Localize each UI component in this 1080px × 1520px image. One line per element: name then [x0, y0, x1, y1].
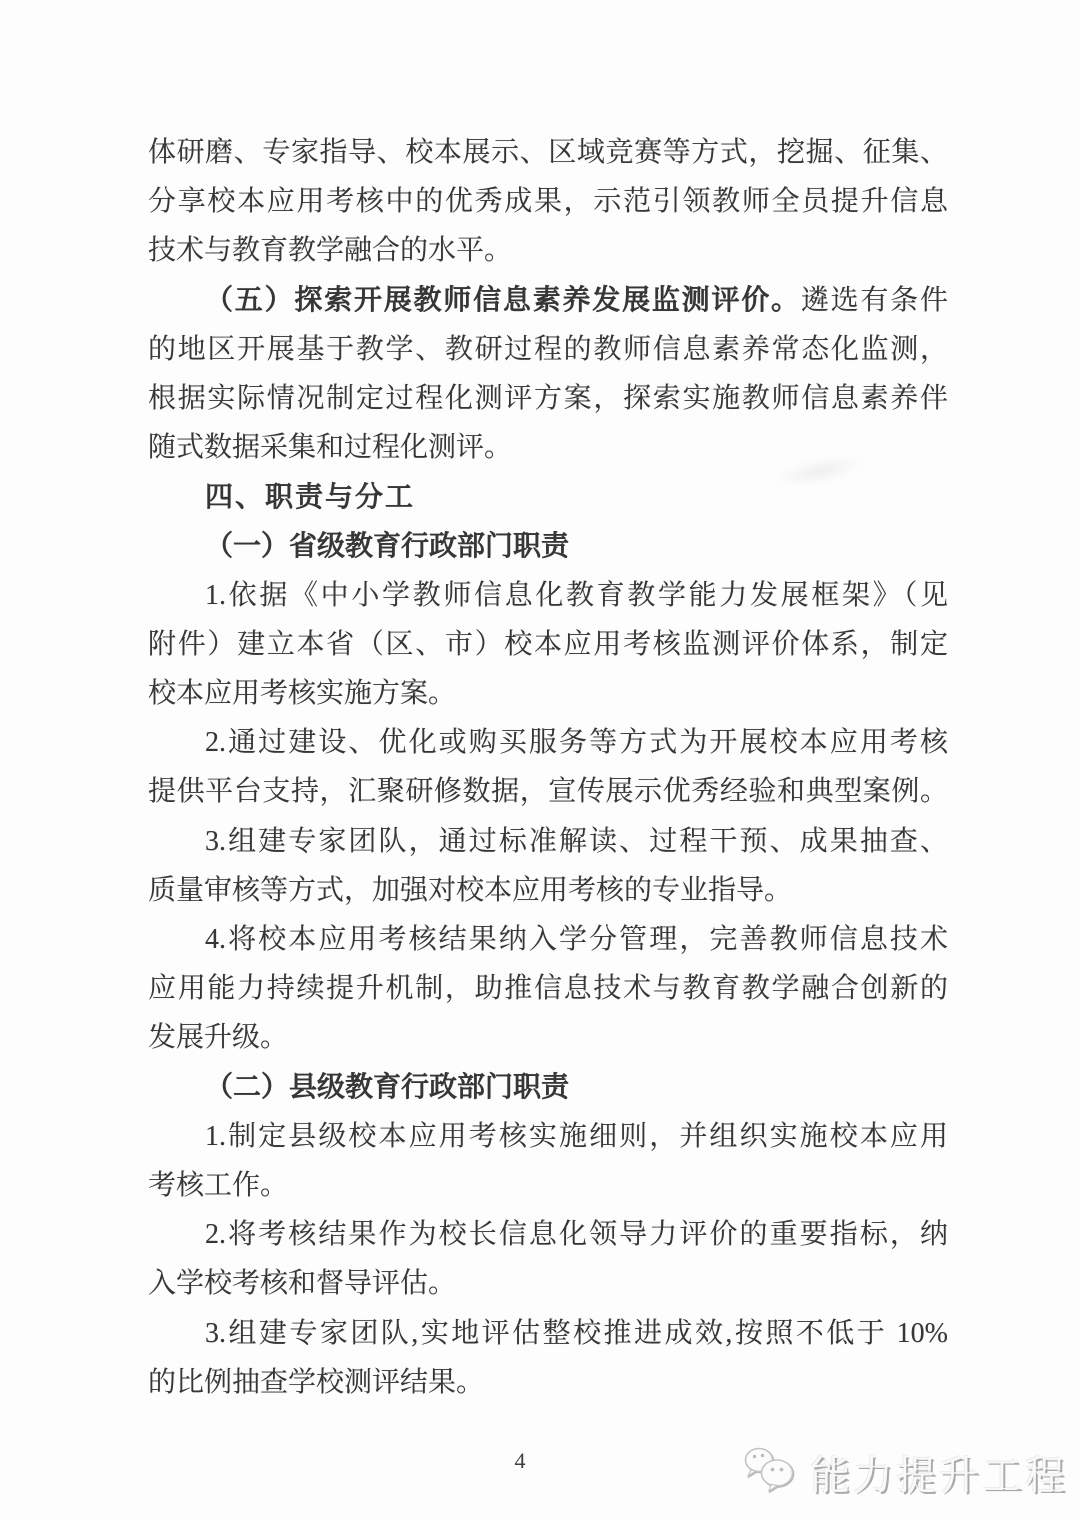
text-line: （五）探索开展教师信息素养发展监测评价。遴选有条件	[148, 276, 948, 325]
watermark-label: 能力提升工程	[810, 1444, 1068, 1501]
text-line: 附件）建立本省（区、市）校本应用考核监测评价体系，制定	[148, 620, 948, 669]
text-line: 2.将考核结果作为校长信息化领导力评价的重要指标，纳	[148, 1210, 948, 1259]
text-line: 发展升级。	[148, 1013, 948, 1062]
text-line: 入学校考核和督导评估。	[148, 1259, 948, 1308]
text-line: 体研磨、专家指导、校本展示、区域竞赛等方式，挖掘、征集、	[148, 128, 948, 177]
text-line: 考核工作。	[148, 1161, 948, 1210]
text-line: （一）省级教育行政部门职责	[148, 522, 948, 571]
wechat-icon	[740, 1443, 802, 1502]
text-line: 随式数据采集和过程化测评。	[148, 423, 948, 472]
text-line: 4.将校本应用考核结果纳入学分管理，完善教师信息技术	[148, 915, 948, 964]
text-line: 3.组建专家团队,实地评估整校推进成效,按照不低于 10%	[148, 1309, 948, 1358]
text-line: 校本应用考核实施方案。	[148, 669, 948, 718]
document-page: 体研磨、专家指导、校本展示、区域竞赛等方式，挖掘、征集、分享校本应用考核中的优秀…	[0, 0, 1080, 1520]
text-line: 的地区开展基于教学、教研过程的教师信息素养常态化监测，	[148, 325, 948, 374]
text-line: 1.制定县级校本应用考核实施细则，并组织实施校本应用	[148, 1112, 948, 1161]
text-line: 应用能力持续提升机制，助推信息技术与教育教学融合创新的	[148, 964, 948, 1013]
text-line: 2.通过建设、优化或购买服务等方式为开展校本应用考核	[148, 718, 948, 767]
text-line: 技术与教育教学融合的水平。	[148, 226, 948, 275]
text-line: （二）县级教育行政部门职责	[148, 1063, 948, 1112]
text-line: 3.组建专家团队，通过标准解读、过程干预、成果抽查、	[148, 817, 948, 866]
text-line: 质量审核等方式，加强对校本应用考核的专业指导。	[148, 866, 948, 915]
text-line: 根据实际情况制定过程化测评方案，探索实施教师信息素养伴	[148, 374, 948, 423]
text-line: 四、职责与分工	[148, 472, 948, 521]
text-line: 1.依据《中小学教师信息化教育教学能力发展框架》（见	[148, 571, 948, 620]
document-body: 体研磨、专家指导、校本展示、区域竞赛等方式，挖掘、征集、分享校本应用考核中的优秀…	[148, 128, 948, 1407]
text-line: 提供平台支持，汇聚研修数据，宣传展示优秀经验和典型案例。	[148, 767, 948, 816]
watermark: 能力提升工程	[740, 1443, 1068, 1502]
text-line: 分享校本应用考核中的优秀成果，示范引领教师全员提升信息	[148, 177, 948, 226]
text-line: 的比例抽查学校测评结果。	[148, 1358, 948, 1407]
